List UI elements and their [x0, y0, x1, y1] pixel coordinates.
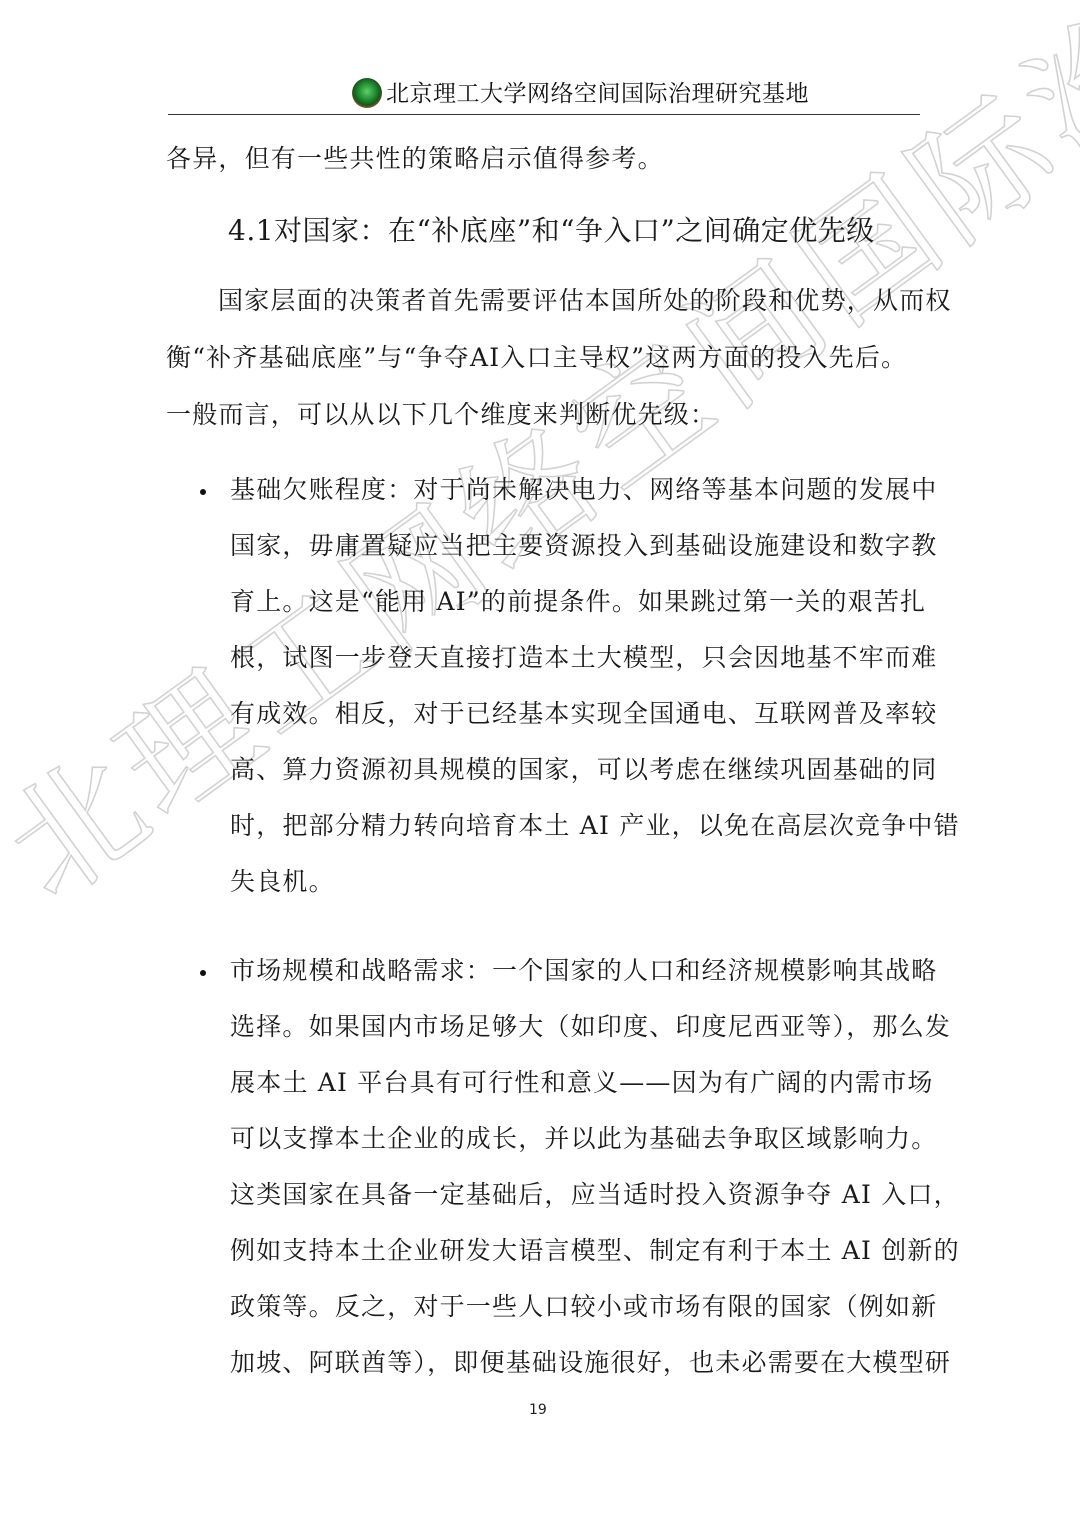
bullet-2-line: 可以支撑本土企业的成长，并以此为基础去争取区域影响力。	[230, 1122, 937, 1156]
bullet-2-line: 加坡、阿联酋等），即便基础设施很好，也未必需要在大模型研	[230, 1346, 951, 1380]
header-title: 北京理工大学网络空间国际治理研究基地	[386, 78, 809, 110]
university-emblem-icon	[352, 78, 382, 108]
intro-continuation: 各异，但有一些共性的策略启示值得参考。	[166, 142, 664, 176]
bullet-2-line: 市场规模和战略需求：一个国家的人口和经济规模影响其战略	[230, 954, 937, 988]
bullet-2-line: 例如支持本土企业研发大语言模型、制定有利于本土 AI 创新的	[230, 1234, 960, 1268]
page-number: 19	[529, 1402, 547, 1418]
bullet-1-line: 时，把部分精力转向培育本土 AI 产业，以免在高层次竞争中错	[230, 809, 960, 843]
section-heading: 4.1对国家：在“补底座”和“争入口”之间确定优先级	[228, 212, 875, 250]
bullet-1-line: 根，试图一步登天直接打造本土大模型，只会因地基不牢而难	[230, 641, 937, 675]
bullet-icon	[200, 970, 206, 976]
bullet-1-line: 高、算力资源初具规模的国家，可以考虑在继续巩固基础的同	[230, 753, 937, 787]
bullet-2-line: 这类国家在具备一定基础后，应当适时投入资源争夺 AI 入口，	[230, 1178, 960, 1212]
bullet-1-line: 国家，毋庸置疑应当把主要资源投入到基础设施建设和数字教	[230, 529, 937, 563]
page-header: 北京理工大学网络空间国际治理研究基地	[168, 76, 920, 115]
bullet-1-line: 基础欠账程度：对于尚未解决电力、网络等基本问题的发展中	[230, 473, 937, 507]
bullet-2-line: 政策等。反之，对于一些人口较小或市场有限的国家（例如新	[230, 1290, 937, 1324]
bullet-1-line: 有成效。相反，对于已经基本实现全国通电、互联网普及率较	[230, 697, 937, 731]
bullet-icon	[200, 489, 206, 495]
bullet-1-line: 育上。这是“能用 AI”的前提条件。如果跳过第一关的艰苦扎	[230, 585, 926, 619]
bullet-1-line: 失良机。	[230, 865, 335, 899]
bullet-2-line: 选择。如果国内市场足够大（如印度、印度尼西亚等），那么发	[230, 1010, 951, 1044]
paragraph-line: 一般而言，可以从以下几个维度来判断优先级：	[166, 398, 716, 432]
paragraph-line: 国家层面的决策者首先需要评估本国所处的阶段和优势，从而权	[218, 284, 952, 318]
paragraph-line: 衡“补齐基础底座”与“争夺AI入口主导权”这两方面的投入先后。	[166, 341, 907, 375]
bullet-2-line: 展本土 AI 平台具有可行性和意义——因为有广阔的内需市场	[230, 1066, 934, 1100]
